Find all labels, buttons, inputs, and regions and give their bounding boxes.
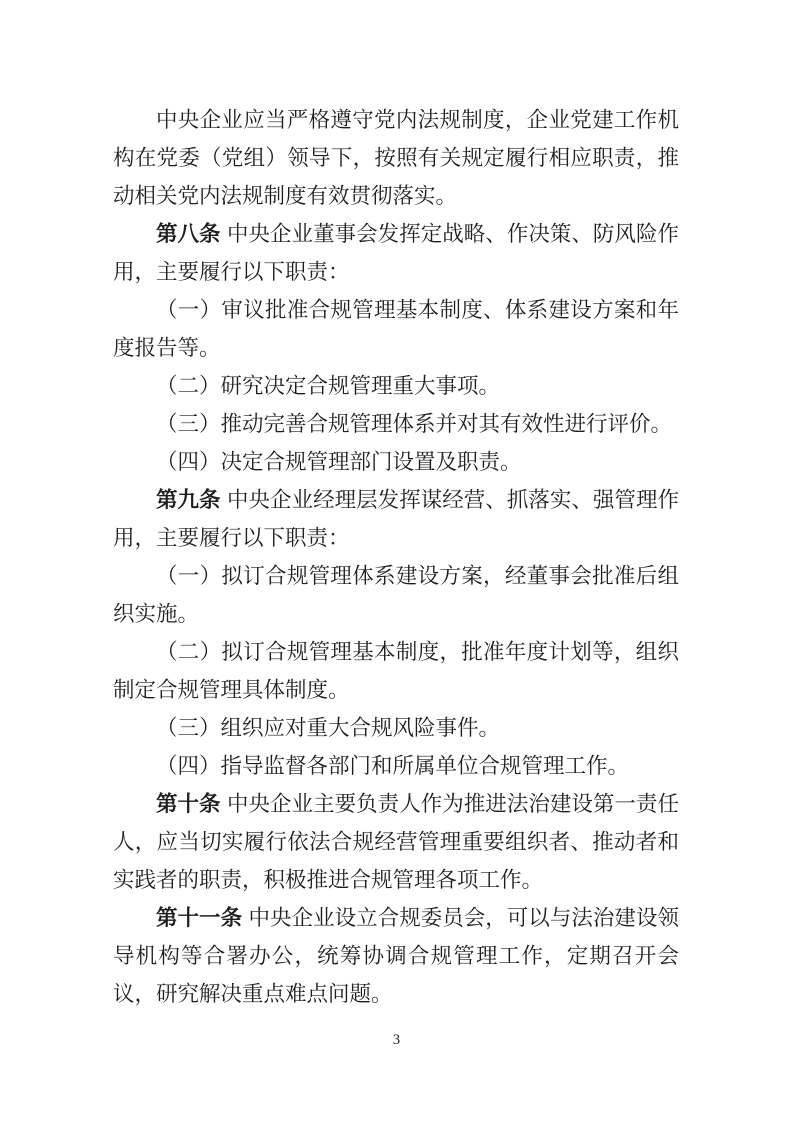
document-body: 中央企业应当严格遵守党内法规制度，企业党建工作机构在党委（党组）领导下，按照有关… [113,101,679,1013]
paragraph-item-2: （二）拟订合规管理基本制度，批准年度计划等，组织制定合规管理具体制度。 [113,633,679,709]
paragraph-text: （三）推动完善合规管理体系并对其有效性进行评价。 [156,412,672,436]
paragraph-text: （四）决定合规管理部门设置及职责。 [156,450,522,474]
paragraph-text: （四）指导监督各部门和所属单位合规管理工作。 [156,754,629,778]
paragraph-text: （一）审议批准合规管理基本制度、体系建设方案和年度报告等。 [113,298,679,360]
paragraph-text: （二）拟订合规管理基本制度，批准年度计划等，组织制定合规管理具体制度。 [113,640,679,702]
paragraph: 中央企业应当严格遵守党内法规制度，企业党建工作机构在党委（党组）领导下，按照有关… [113,101,679,215]
article-number: 第九条 [156,488,221,512]
paragraph-item-1: （一）审议批准合规管理基本制度、体系建设方案和年度报告等。 [113,291,679,367]
article-number: 第八条 [156,222,221,246]
paragraph-text: （三）组织应对重大合规风险事件。 [156,716,500,740]
paragraph-item-4: （四）决定合规管理部门设置及职责。 [113,443,679,481]
paragraph-article-8: 第八条中央企业董事会发挥定战略、作决策、防风险作用，主要履行以下职责： [113,215,679,291]
paragraph-article-11: 第十一条中央企业设立合规委员会，可以与法治建设领导机构等合署办公，统筹协调合规管… [113,899,679,1013]
paragraph-text: （二）研究决定合规管理重大事项。 [156,374,500,398]
document-page: 中央企业应当严格遵守党内法规制度，企业党建工作机构在党委（党组）领导下，按照有关… [0,0,793,1122]
article-number: 第十条 [156,792,221,816]
paragraph-article-10: 第十条中央企业主要负责人作为推进法治建设第一责任人，应当切实履行依法合规经营管理… [113,785,679,899]
paragraph-item-3: （三）推动完善合规管理体系并对其有效性进行评价。 [113,405,679,443]
paragraph-item-2: （二）研究决定合规管理重大事项。 [113,367,679,405]
paragraph-item-3: （三）组织应对重大合规风险事件。 [113,709,679,747]
page-number: 3 [0,1030,793,1050]
paragraph-article-9: 第九条中央企业经理层发挥谋经营、抓落实、强管理作用，主要履行以下职责： [113,481,679,557]
paragraph-text: 中央企业应当严格遵守党内法规制度，企业党建工作机构在党委（党组）领导下，按照有关… [113,108,679,208]
paragraph-text: （一）拟订合规管理体系建设方案，经董事会批准后组织实施。 [113,564,679,626]
paragraph-item-4: （四）指导监督各部门和所属单位合规管理工作。 [113,747,679,785]
paragraph-item-1: （一）拟订合规管理体系建设方案，经董事会批准后组织实施。 [113,557,679,633]
article-number: 第十一条 [156,906,242,930]
